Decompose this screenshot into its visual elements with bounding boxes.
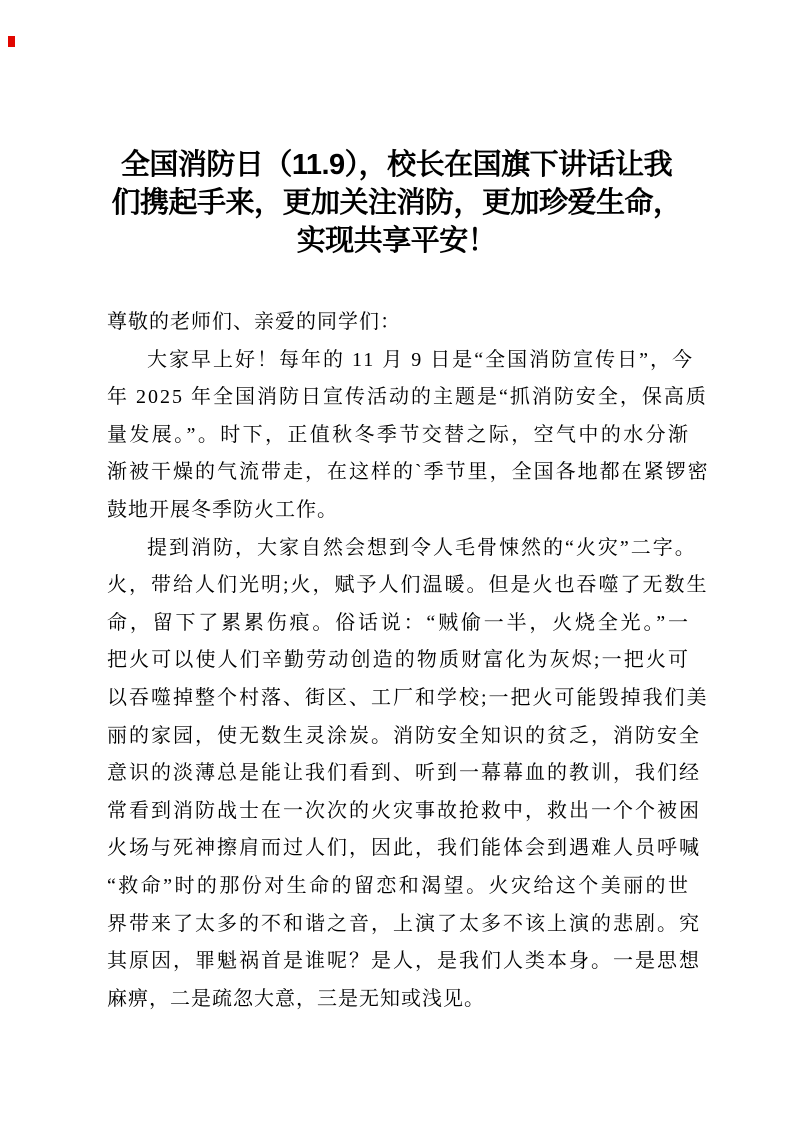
body-line: 火场与死神擦肩而过人们，因此，我们能体会到遇难人员呼喊 (107, 830, 690, 868)
body-line: 麻痹，二是疏忽大意，三是无知或浅见。 (107, 981, 690, 1019)
body-line: 丽的家园，使无数生灵涂炭。消防安全知识的贫乏，消防安全 (107, 718, 690, 756)
body-line: 命，留下了累累伤痕。俗话说：“贼偷一半，火烧全光。”一 (107, 605, 690, 643)
body-line: 大家早上好！每年的 11 月 9 日是“全国消防宣传日”，今 (107, 342, 690, 380)
body-line: “救命”时的那份对生命的留恋和渴望。火灾给这个美丽的世 (107, 868, 690, 906)
body-line: 量发展。”。时下，正值秋冬季节交替之际，空气中的水分渐 (107, 417, 690, 455)
body-line: 火，带给人们光明;火，赋予人们温暖。但是火也吞噬了无数生 (107, 567, 690, 605)
body-line: 把火可以使人们辛勤劳动创造的物质财富化为灰烬;一把火可 (107, 642, 690, 680)
document-page: 全国消防日（11.9），校长在国旗下讲话让我们携起手来，更加关注消防，更加珍爱生… (0, 0, 793, 1122)
body-line: 渐被干燥的气流带走，在这样的`季节里，全国各地都在紧锣密 (107, 454, 690, 492)
document-title: 全国消防日（11.9），校长在国旗下讲话让我们携起手来，更加关注消防，更加珍爱生… (100, 146, 693, 260)
title-line: 全国消防日（11.9），校长在国旗下讲话让我 (100, 146, 693, 184)
body-line: 其原因，罪魁祸首是谁呢？是人，是我们人类本身。一是思想 (107, 943, 690, 981)
body-line: 意识的淡薄总是能让我们看到、听到一幕幕血的教训，我们经 (107, 755, 690, 793)
body-line: 鼓地开展冬季防火工作。 (107, 492, 690, 530)
body-line: 常看到消防战士在一次次的火灾事故抢救中，救出一个个被困 (107, 793, 690, 831)
title-line: 们携起手来，更加关注消防，更加珍爱生命， (100, 184, 693, 222)
title-line: 实现共享平安！ (100, 222, 693, 260)
body-line: 界带来了太多的不和谐之音，上演了太多不该上演的悲剧。究 (107, 906, 690, 944)
body-line: 年 2025 年全国消防日宣传活动的主题是“抓消防安全，保高质 (107, 379, 690, 417)
body-line: 尊敬的老师们、亲爱的同学们： (107, 304, 690, 342)
document-body: 尊敬的老师们、亲爱的同学们：大家早上好！每年的 11 月 9 日是“全国消防宣传… (107, 304, 690, 1018)
red-cursor-mark (8, 36, 15, 47)
body-line: 以吞噬掉整个村落、街区、工厂和学校;一把火可能毁掉我们美 (107, 680, 690, 718)
body-line: 提到消防，大家自然会想到令人毛骨悚然的“火灾”二字。 (107, 530, 690, 568)
